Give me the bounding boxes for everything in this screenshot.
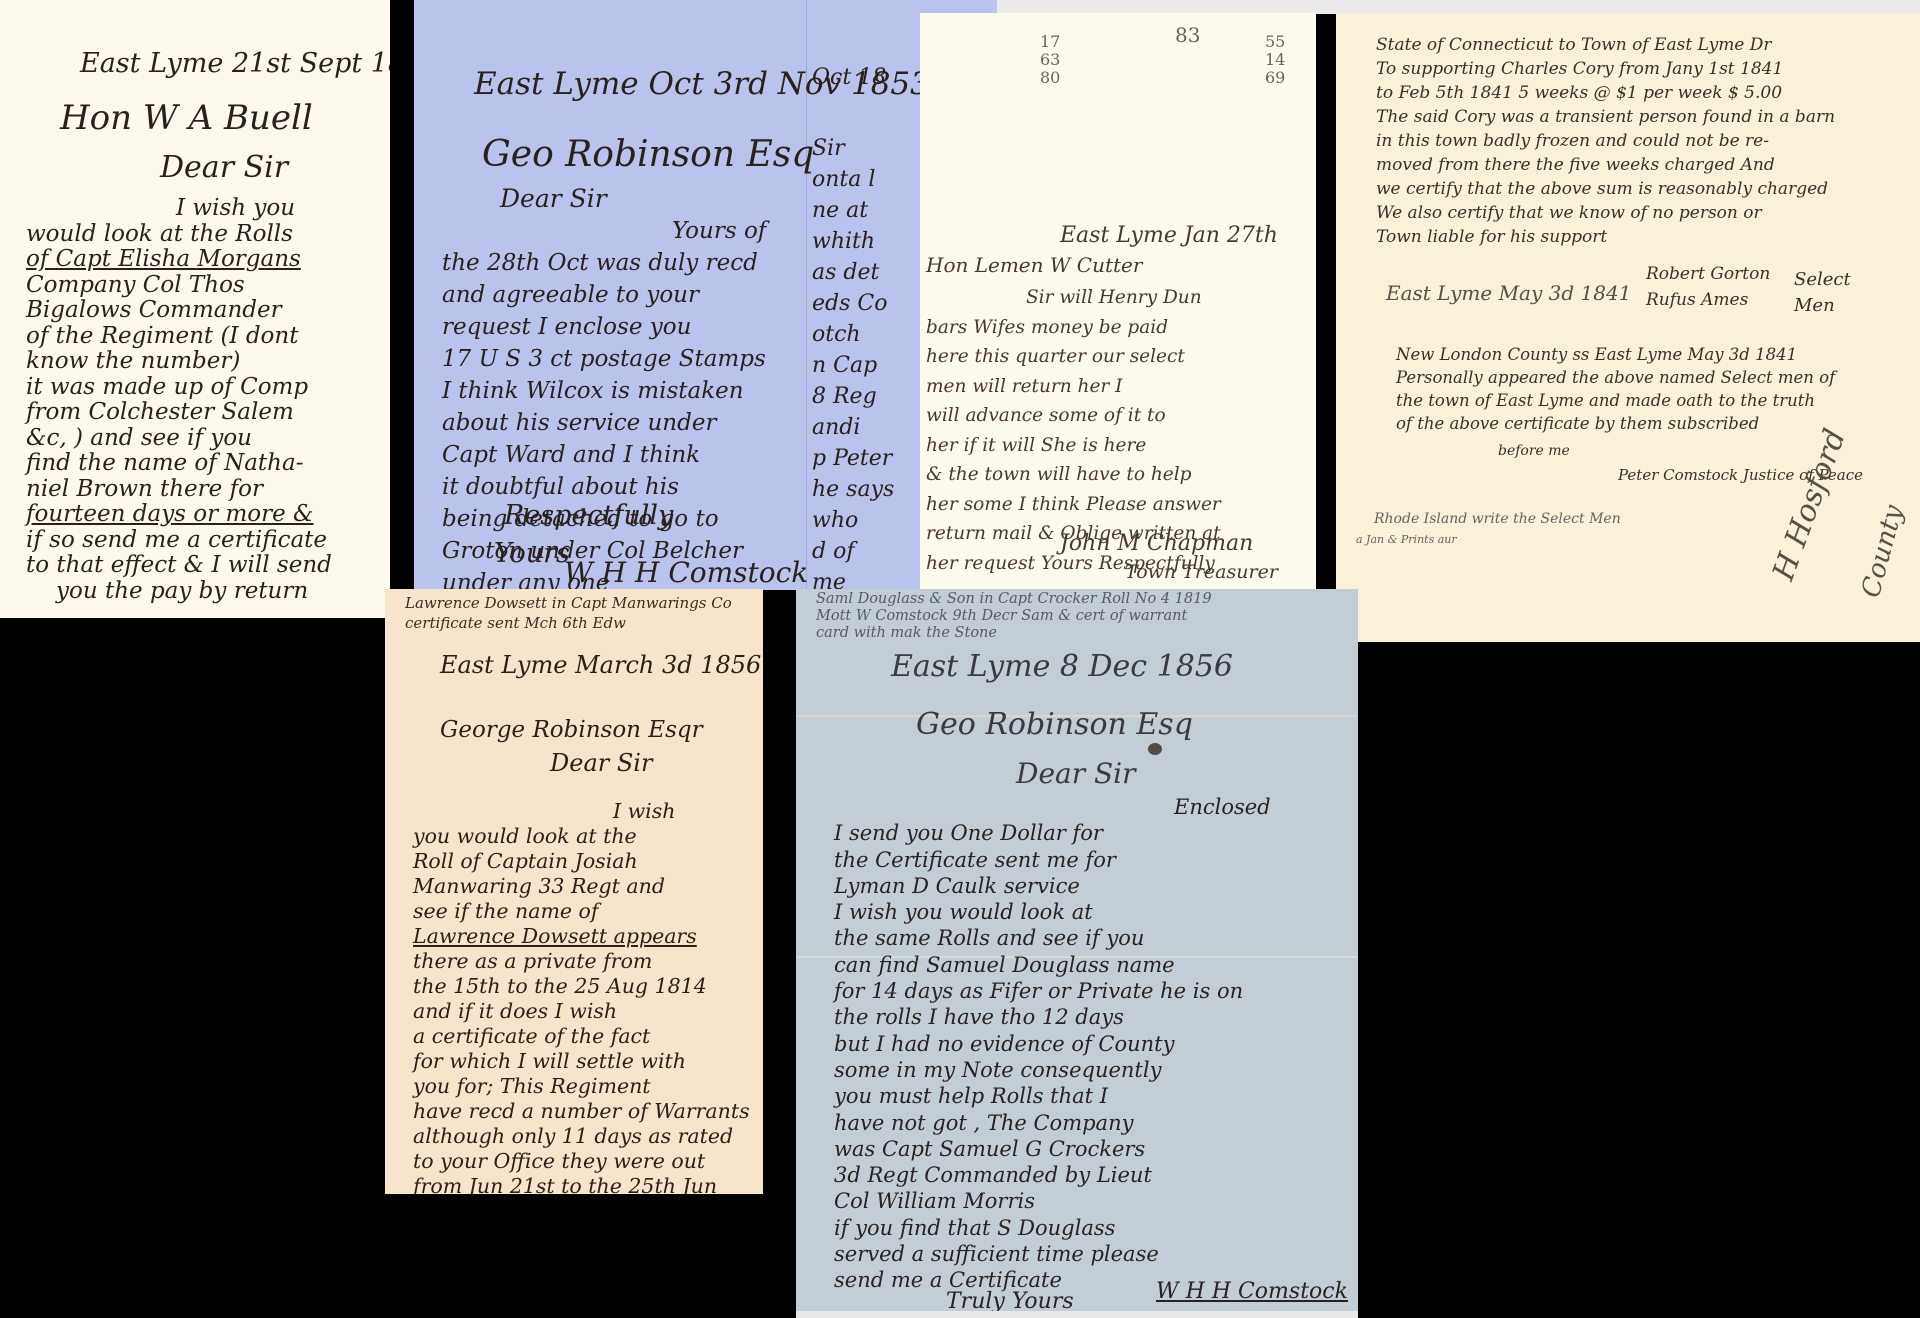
body-line: if so send me a certificate — [26, 528, 332, 554]
body-line: but I had no evidence of County — [834, 1031, 1271, 1057]
letter-5-greeting: Dear Sir — [550, 749, 652, 777]
body-line: you would look at the — [413, 824, 750, 849]
figure: 14 — [1265, 51, 1285, 69]
fragment: onta l — [812, 164, 894, 195]
body-line: Bigalows Commander — [26, 298, 332, 324]
letter-6-signature: W H H Comstock — [1156, 1279, 1348, 1304]
body-line: it was made up of Comp — [26, 375, 332, 401]
figure: 55 — [1265, 33, 1285, 51]
oath-line: Personally appeared the above named Sele… — [1396, 366, 1835, 389]
body-line: in this town badly frozen and could not … — [1376, 129, 1835, 153]
body-line: Col William Morris — [834, 1188, 1271, 1214]
body-line: 17 U S 3 ct postage Stamps — [442, 343, 766, 375]
fragment: andi — [812, 412, 894, 443]
fragment: p Peter — [812, 443, 894, 474]
body-line: to that effect & I will send — [26, 553, 332, 579]
body-line: I wish — [413, 799, 750, 824]
letter-1-greeting: Dear Sir — [160, 150, 288, 185]
body-line: State of Connecticut to Town of East Lym… — [1376, 33, 1835, 57]
letter-4-before-me: before me — [1498, 443, 1570, 459]
letter-5-annotation: Lawrence Dowsett in Capt Manwarings Co c… — [405, 593, 732, 633]
letter-3-margin-figures: 17 63 80 — [1040, 33, 1060, 87]
letter-4-body: State of Connecticut to Town of East Lym… — [1376, 33, 1835, 249]
signer-title: Select — [1794, 267, 1851, 293]
body-line: the 28th Oct was duly recd — [442, 247, 766, 279]
letter-2-recipient: Geo Robinson Esq — [482, 134, 814, 175]
body-line: I think Wilcox is mistaken — [442, 375, 766, 407]
body-line: fourteen days or more & — [26, 502, 332, 528]
body-line: here this quarter our select — [926, 342, 1221, 372]
body-line: have not got , The Company — [834, 1110, 1271, 1136]
body-line: her if it will She is here — [926, 431, 1221, 461]
body-line: men will return her I — [926, 372, 1221, 402]
body-line: Manwaring 33 Regt and — [413, 874, 750, 899]
body-line: you the pay by return — [26, 579, 332, 605]
letter-1-dateline: East Lyme 21st Sept 1858 — [80, 48, 390, 79]
body-line: will advance some of it to — [926, 401, 1221, 431]
signer-title: Men — [1794, 293, 1851, 319]
letter-3: 17 63 80 83 55 14 69 East Lyme Jan 27th … — [920, 13, 1316, 590]
fragment: he says — [812, 474, 894, 505]
letter-2-signature: W H H Comstock — [564, 556, 808, 589]
annotation-line: certificate sent Mch 6th Edw — [405, 613, 732, 633]
letter-4-margin-signature: H Hosford — [1766, 424, 1853, 584]
letter-4-margin-signature-2: County — [1856, 502, 1909, 601]
fragment: d of — [812, 536, 894, 567]
body-line: there as a private from — [413, 949, 750, 974]
letter-2-closing-2: Yours — [494, 538, 570, 569]
fragment: as det — [812, 257, 894, 288]
letter-3-recipient: Hon Lemen W Cutter — [926, 253, 1142, 277]
body-line: Sir will Henry Dun — [926, 283, 1221, 313]
letter-2-page2-fragments: Oct 18 Sir onta l ne at whith as det eds… — [812, 62, 894, 590]
body-line: request I enclose you — [442, 311, 766, 343]
body-line: the rolls I have tho 12 days — [834, 1004, 1271, 1030]
top-background-strip — [997, 0, 1920, 14]
letter-4-note-1: Rhode Island write the Select Men — [1374, 511, 1621, 527]
letter-6-greeting: Dear Sir — [1016, 757, 1136, 790]
body-line: Yours of — [442, 215, 766, 247]
letter-2: East Lyme Oct 3rd Nov 1853 Geo Robinson … — [414, 0, 997, 590]
body-line: the 15th to the 25 Aug 1814 — [413, 974, 750, 999]
letter-4-oath: New London County ss East Lyme May 3d 18… — [1396, 343, 1835, 435]
body-line: the same Rolls and see if you — [834, 925, 1271, 951]
body-line: We also certify that we know of no perso… — [1376, 201, 1835, 225]
fragment: 8 Reg — [812, 381, 894, 412]
fragment: whith — [812, 226, 894, 257]
letter-2-closing: Respectfully — [504, 500, 673, 531]
body-line: you must help Rolls that I — [834, 1083, 1271, 1109]
annotation-line: Mott W Comstock 9th Decr Sam & cert of w… — [816, 608, 1212, 625]
fragment: Oct 18 — [812, 62, 894, 93]
body-line: know the number) — [26, 349, 332, 375]
body-line: from Colchester Salem — [26, 400, 332, 426]
fragment: Sir — [812, 133, 894, 164]
body-line: moved from there the five weeks charged … — [1376, 153, 1835, 177]
fragment: otch — [812, 319, 894, 350]
letter-3-signature-title: Town Treasurer — [1125, 561, 1278, 583]
letter-6: Saml Douglass & Son in Capt Crocker Roll… — [796, 589, 1358, 1318]
body-line: To supporting Charles Cory from Jany 1st… — [1376, 57, 1835, 81]
letter-6-bottom-edge — [796, 1311, 1358, 1318]
body-line: find the name of Natha- — [26, 451, 332, 477]
letter-3-signature: John M Chapman — [1060, 531, 1253, 556]
figure: 17 — [1040, 33, 1060, 51]
letter-4-signers: Robert Gorton Rufus Ames — [1646, 261, 1770, 313]
body-line: about his service under — [442, 407, 766, 439]
body-line: her some I think Please answer — [926, 490, 1221, 520]
letter-4-note-2: a Jan & Prints aur — [1356, 533, 1457, 546]
fragment: me — [812, 567, 894, 590]
letter-6-annotation: Saml Douglass & Son in Capt Crocker Roll… — [816, 591, 1212, 642]
body-line: 3d Regt Commanded by Lieut — [834, 1162, 1271, 1188]
body-line: the Certificate sent me for — [834, 847, 1271, 873]
ink-blot — [1148, 743, 1162, 755]
body-line: and agreeable to your — [442, 279, 766, 311]
annotation-line: Saml Douglass & Son in Capt Crocker Roll… — [816, 591, 1212, 608]
figure: 63 — [1040, 51, 1060, 69]
body-line: you for; This Regiment — [413, 1074, 750, 1099]
letter-4: State of Connecticut to Town of East Lym… — [1336, 13, 1920, 642]
body-line: of the Regiment (I dont — [26, 324, 332, 350]
body-line: &c, ) and see if you — [26, 426, 332, 452]
body-line: have recd a number of Warrants — [413, 1099, 750, 1124]
oath-line: the town of East Lyme and made oath to t… — [1396, 389, 1835, 412]
body-line: & the town will have to help — [926, 460, 1221, 490]
body-line: if you find that S Douglass — [834, 1215, 1271, 1241]
fragment: ne at — [812, 195, 894, 226]
annotation-line: Lawrence Dowsett in Capt Manwarings Co — [405, 593, 732, 613]
letter-5-body: I wish you would look at the Roll of Cap… — [413, 799, 750, 1194]
figure: 80 — [1040, 69, 1060, 87]
letter-6-body: Enclosed I send you One Dollar for the C… — [834, 794, 1271, 1294]
body-line: to your Office they were out — [413, 1149, 750, 1174]
body-line: would look at the Rolls — [26, 222, 332, 248]
body-line: I wish you — [26, 196, 332, 222]
fragment: eds Co — [812, 288, 894, 319]
body-line: for 14 days as Fifer or Private he is on — [834, 978, 1271, 1004]
body-line: some in my Note consequently — [834, 1057, 1271, 1083]
letter-4-signers-title: Select Men — [1794, 267, 1851, 319]
signer: Robert Gorton — [1646, 261, 1770, 287]
letter-5-dateline: East Lyme March 3d 1856 — [440, 651, 761, 679]
body-line: Roll of Captain Josiah — [413, 849, 750, 874]
letter-5: Lawrence Dowsett in Capt Manwarings Co c… — [385, 589, 763, 1194]
body-line: niel Brown there for — [26, 477, 332, 503]
letter-2-greeting: Dear Sir — [500, 184, 607, 213]
body-line: served a sufficient time please — [834, 1241, 1271, 1267]
body-line: was Capt Samuel G Crockers — [834, 1136, 1271, 1162]
body-line: and if it does I wish — [413, 999, 750, 1024]
body-line: Capt Ward and I think — [442, 439, 766, 471]
signer: Rufus Ames — [1646, 287, 1770, 313]
body-line: can find Samuel Douglass name — [834, 952, 1271, 978]
body-line: The said Cory was a transient person fou… — [1376, 105, 1835, 129]
body-line: we certify that the above sum is reasona… — [1376, 177, 1835, 201]
body-line: bars Wifes money be paid — [926, 313, 1221, 343]
letter-4-dateline: East Lyme May 3d 1841 — [1386, 281, 1631, 305]
body-line: it doubtful about his — [442, 471, 766, 503]
body-line: of Capt Elisha Morgans — [26, 247, 332, 273]
letter-3-dateline: East Lyme Jan 27th — [1060, 223, 1278, 248]
fragment: n Cap — [812, 350, 894, 381]
body-line: Company Col Thos — [26, 273, 332, 299]
body-line: to Feb 5th 1841 5 weeks @ $1 per week $ … — [1376, 81, 1835, 105]
body-line: I wish you would look at — [834, 899, 1271, 925]
letter-1: East Lyme 21st Sept 1858 Hon W A Buell D… — [0, 0, 390, 618]
body-line: Enclosed — [834, 794, 1271, 820]
body-line: for which I will settle with — [413, 1049, 750, 1074]
body-line: I send you One Dollar for — [834, 820, 1271, 846]
fragment: who — [812, 505, 894, 536]
body-line: Lawrence Dowsett appears — [413, 924, 750, 949]
letter-1-recipient: Hon W A Buell — [60, 98, 313, 138]
letter-6-recipient: Geo Robinson Esq — [916, 707, 1193, 742]
body-line: from Jun 21st to the 25th Jun — [413, 1174, 750, 1194]
letter-3-sum-figures: 55 14 69 — [1265, 33, 1285, 87]
letter-2-body: Yours of the 28th Oct was duly recd and … — [442, 215, 766, 590]
letter-5-recipient: George Robinson Esqr — [440, 717, 703, 743]
letter-1-body: I wish you would look at the Rolls of Ca… — [26, 196, 332, 604]
oath-line: of the above certificate by them subscri… — [1396, 412, 1835, 435]
figure: 69 — [1265, 69, 1285, 87]
body-line: although only 11 days as rated — [413, 1124, 750, 1149]
body-line: Town liable for his support — [1376, 225, 1835, 249]
body-line: a certificate of the fact — [413, 1024, 750, 1049]
letter-6-dateline: East Lyme 8 Dec 1856 — [891, 649, 1233, 684]
body-line: Lyman D Caulk service — [834, 873, 1271, 899]
annotation-line: card with mak the Stone — [816, 625, 1212, 642]
body-line: see if the name of — [413, 899, 750, 924]
oath-line: New London County ss East Lyme May 3d 18… — [1396, 343, 1835, 366]
letter-3-figure-83: 83 — [1175, 23, 1200, 47]
